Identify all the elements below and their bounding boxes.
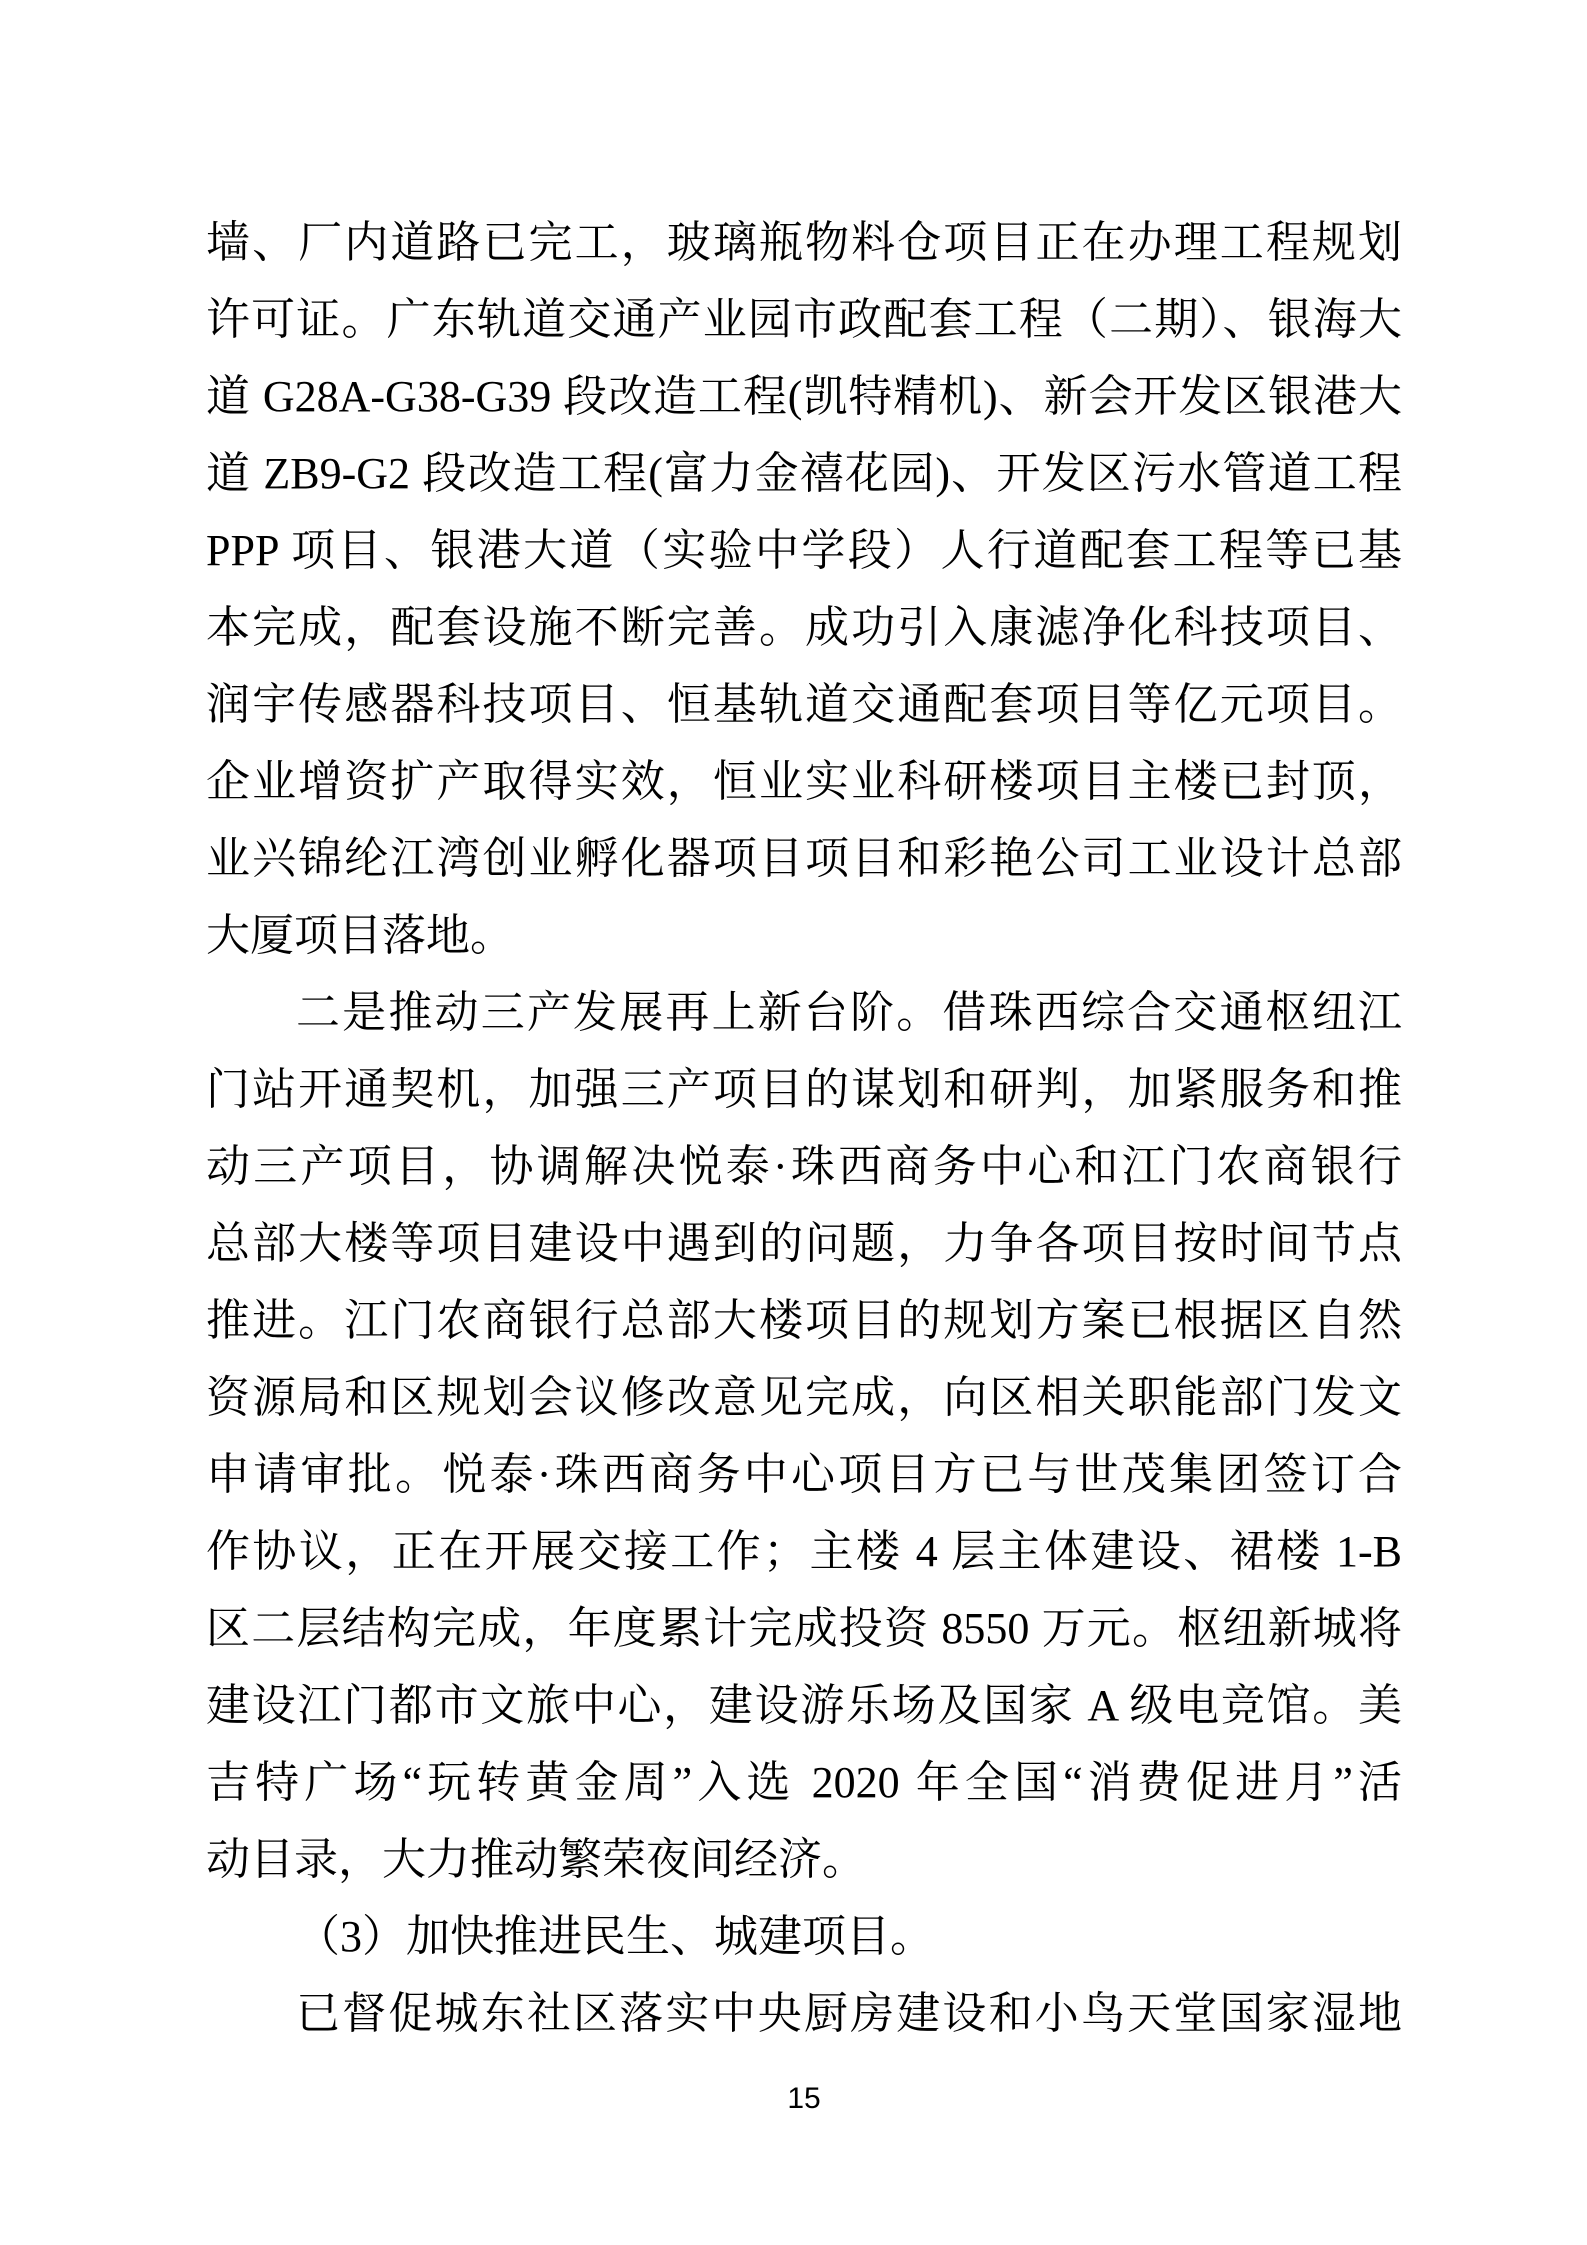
text-line: 资源局和区规划会议修改意见完成，向区相关职能部门发文: [206, 1359, 1402, 1436]
text-line: 道 G28A-G38-G39 段改造工程(凯特精机)、新会开发区银港大: [206, 358, 1402, 435]
text-line: 动目录，大力推动繁荣夜间经济。: [206, 1821, 1402, 1898]
text-line: 大厦项目落地。: [206, 897, 1402, 974]
text-line: 企业增资扩产取得实效，恒业实业科研楼项目主楼已封顶，: [206, 743, 1402, 820]
text-line: 已督促城东社区落实中央厨房建设和小鸟天堂国家湿地: [206, 1975, 1402, 2052]
text-line: 业兴锦纶江湾创业孵化器项目项目和彩艳公司工业设计总部: [206, 820, 1402, 897]
text-line: 总部大楼等项目建设中遇到的问题，力争各项目按时间节点: [206, 1205, 1402, 1282]
text-line: 门站开通契机，加强三产项目的谋划和研判，加紧服务和推: [206, 1051, 1402, 1128]
page-number: 15: [206, 2081, 1402, 2117]
text-line: 二是推动三产发展再上新台阶。借珠西综合交通枢纽江: [206, 974, 1402, 1051]
text-line: PPP 项目、银港大道（实验中学段）人行道配套工程等已基: [206, 512, 1402, 589]
text-line: 道 ZB9-G2 段改造工程(富力金禧花园)、开发区污水管道工程: [206, 435, 1402, 512]
text-line: 区二层结构完成，年度累计完成投资 8550 万元。枢纽新城将: [206, 1590, 1402, 1667]
text-line: 建设江门都市文旅中心，建设游乐场及国家 A 级电竞馆。美: [206, 1667, 1402, 1744]
text-line: 动三产项目，协调解决悦泰·珠西商务中心和江门农商银行: [206, 1128, 1402, 1205]
text-line: （3）加快推进民生、城建项目。: [206, 1898, 1402, 1975]
text-line: 墙、厂内道路已完工，玻璃瓶物料仓项目正在办理工程规划: [206, 204, 1402, 281]
document-page: 墙、厂内道路已完工，玻璃瓶物料仓项目正在办理工程规划许可证。广东轨道交通产业园市…: [0, 0, 1587, 2245]
text-line: 本完成，配套设施不断完善。成功引入康滤净化科技项目、: [206, 589, 1402, 666]
text-line: 润宇传感器科技项目、恒基轨道交通配套项目等亿元项目。: [206, 666, 1402, 743]
text-line: 申请审批。悦泰·珠西商务中心项目方已与世茂集团签订合: [206, 1436, 1402, 1513]
text-line: 吉特广场“玩转黄金周”入选 2020 年全国“消费促进月”活: [206, 1744, 1402, 1821]
text-line: 作协议，正在开展交接工作；主楼 4 层主体建设、裙楼 1-B: [206, 1513, 1402, 1590]
text-line: 推进。江门农商银行总部大楼项目的规划方案已根据区自然: [206, 1282, 1402, 1359]
text-line: 许可证。广东轨道交通产业园市政配套工程（二期）、银海大: [206, 281, 1402, 358]
page-body-text: 墙、厂内道路已完工，玻璃瓶物料仓项目正在办理工程规划许可证。广东轨道交通产业园市…: [206, 204, 1402, 2052]
